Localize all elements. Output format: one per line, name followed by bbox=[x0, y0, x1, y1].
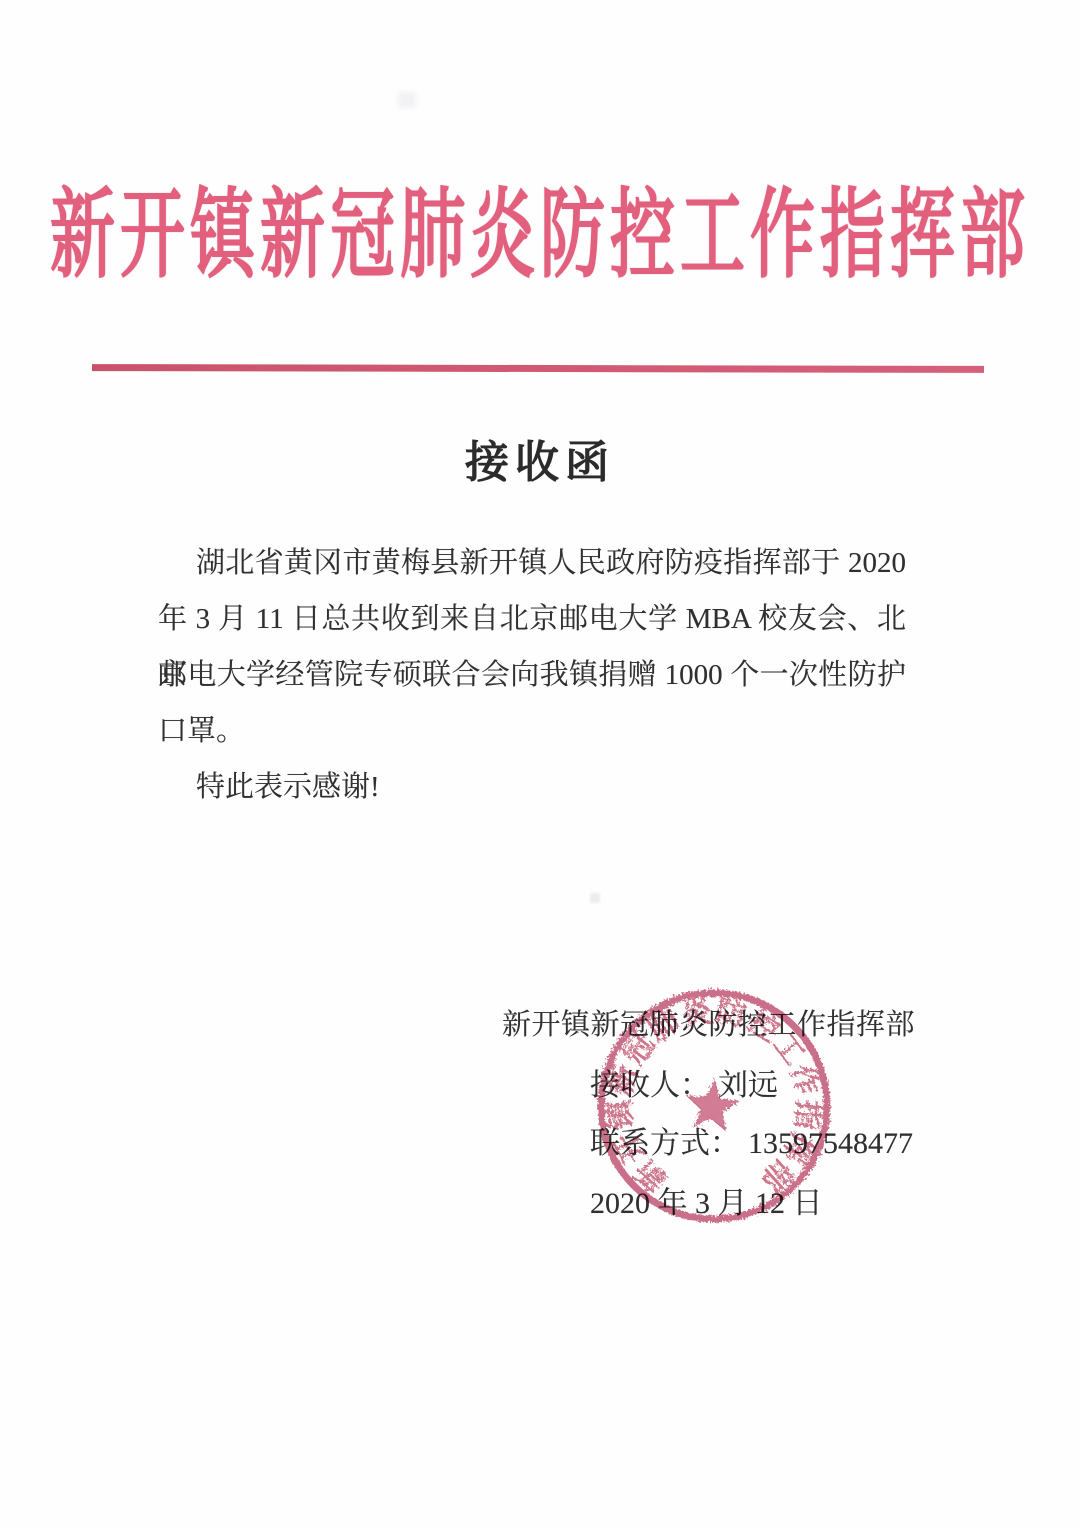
letterhead-title: 新开镇新冠肺炎防控工作指挥部 bbox=[0, 189, 1080, 287]
letter-page: 新开镇新冠肺炎防控工作指挥部 接收函 湖北省黄冈市黄梅县新开镇人民政府防疫指挥部… bbox=[0, 0, 1080, 1527]
document-title: 接收函 bbox=[0, 426, 1080, 490]
body-line: 年 3 月 11 日总共收到来自北京邮电大学 MBA 校友会、北京 bbox=[158, 591, 906, 647]
scan-smudge bbox=[398, 92, 416, 108]
body-paragraph: 湖北省黄冈市黄梅县新开镇人民政府防疫指挥部于 2020 年 3 月 11 日总共… bbox=[158, 535, 906, 815]
official-stamp: 新开镇新冠肺炎防控工作指挥部 bbox=[584, 974, 846, 1240]
body-line: 湖北省黄冈市黄梅县新开镇人民政府防疫指挥部于 2020 bbox=[158, 535, 906, 591]
body-line: 口罩。 bbox=[158, 703, 906, 759]
letterhead-rule bbox=[92, 364, 984, 373]
body-line: 特此表示感谢! bbox=[158, 759, 906, 815]
body-line: 邮电大学经管院专硕联合会向我镇捐赠 1000 个一次性防护 bbox=[158, 647, 906, 703]
scan-speck bbox=[590, 893, 600, 903]
star-icon bbox=[684, 1077, 740, 1131]
